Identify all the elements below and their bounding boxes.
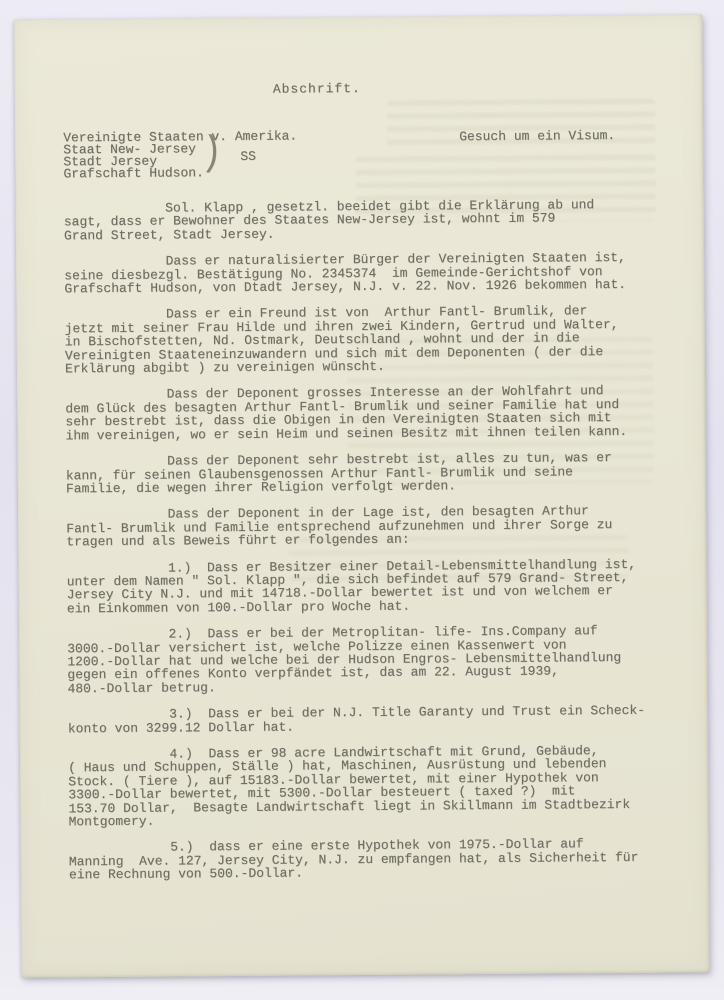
affidavit-list-item-4: 4.) Dass er 98 acre Landwirtschaft mit G… [68,744,677,829]
affidavit-paragraph-5: Dass der Deponent sehr bestrebt ist, all… [66,451,674,496]
document-title: Abschrift. [273,81,361,97]
affidavit-paragraph-1: Sol. Klapp , gesetzl. beeidet gibt die E… [64,198,672,243]
affidavit-paragraph-4: Dass der Deponent grosses Interesse an d… [65,384,673,442]
affidavit-list-item-1: 1.) Dass er Besitzer einer Detail-Lebens… [67,557,675,615]
affidavit-paragraph-3: Dass er ein Freund ist von Arthur Fantl-… [65,304,674,376]
affidavit-list-item-3: 3.) Dass er bei der N.J. Title Garanty u… [68,704,676,736]
affidavit-paragraph-6: Dass der Deponent in der Lage ist, den b… [66,504,674,549]
scan-background: Abschrift. Vereinigte Staaten v. Amerika… [0,0,724,1000]
caption-ss-label: SS [240,149,256,164]
caption-brace: ) [201,133,223,176]
visa-request-label: Gesuch um ein Visum. [459,128,615,144]
affidavit-body: Sol. Klapp , gesetzl. beeidet gibt die E… [64,198,677,895]
document-paper: Abschrift. Vereinigte Staaten v. Amerika… [14,14,710,977]
affidavit-paragraph-2: Dass er naturalisierter Bürger der Verei… [64,251,672,296]
caption-jurisdiction-line: Grafschaft Hudson. [63,167,204,180]
affidavit-list-item-2: 2.) Dass er bei der Metroplitan- life- I… [67,624,676,696]
affidavit-list-item-5: 5.) dass er eine erste Hypothek von 1975… [69,837,677,882]
